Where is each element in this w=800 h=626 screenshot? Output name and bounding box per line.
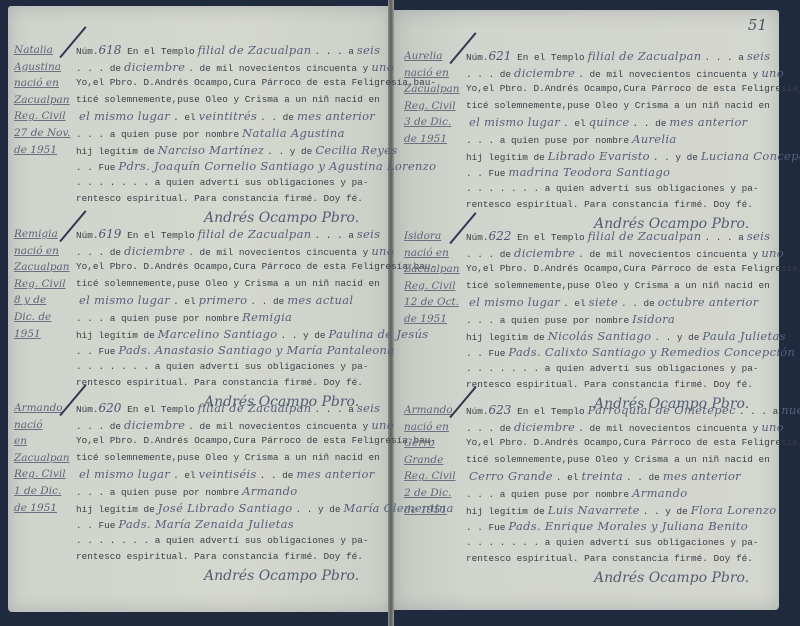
year-label: de mil novecientos cincuenta y: [200, 247, 369, 258]
a-label: a: [348, 230, 354, 241]
entry-line: rentesco espiritual. Para constancia fir…: [14, 549, 394, 566]
mother-value: Paula Julietas: [699, 329, 788, 343]
year-label: de mil novecientos cincuenta y: [200, 63, 369, 74]
day-value: seis: [354, 43, 384, 57]
closing-line: rentesco espiritual. Para constancia fir…: [76, 377, 363, 388]
baptism-entry: RemigiaNúm.619 En el Templofilial de Zac…: [14, 226, 394, 392]
el-label: el: [574, 298, 585, 309]
year-value: uno: [758, 246, 787, 260]
born-label: ticé solemnemente,puse Oleo y Crisma a u…: [76, 94, 380, 105]
entry-line: Zacualpanticé solemnemente,puse Oleo y C…: [14, 92, 394, 109]
name-label: a quien puse por nombre: [500, 489, 629, 500]
baptism-entry: NataliaNúm.618 En el Templofilial de Zac…: [14, 42, 394, 208]
parents-label: hij legítim de: [466, 332, 545, 343]
year-label: de mil novecientos cincuenta y: [590, 249, 759, 260]
margin-note: nació en: [14, 243, 72, 260]
entry-line: 3 de Dic.el mismo lugar. elquince. . dem…: [404, 114, 784, 131]
margin-note: 12 de Oct.: [404, 294, 462, 311]
closing-line: rentesco espiritual. Para constancia fir…: [76, 193, 363, 204]
priest-signature: Andrés Ocampo Pbro.: [204, 568, 359, 585]
month-value: diciembre: [511, 420, 578, 434]
month-value: diciembre: [121, 244, 188, 258]
child-name-value: Armando: [629, 486, 690, 500]
templo-value: filial de Zacualpan: [585, 229, 705, 243]
templo-value: filial de Zacualpan: [195, 401, 315, 415]
templo-label: En el Templo: [127, 46, 195, 57]
day-value: seis: [354, 227, 384, 241]
year-label: de mil novecientos cincuenta y: [200, 421, 369, 432]
entry-line: . . . . . . . a quien advertí sus obliga…: [404, 181, 784, 198]
entry-line: . . Fuemadrina Teodora Santiago: [404, 164, 784, 181]
entry-line: 27 de Nov.. . . a quien puse por nombreN…: [14, 125, 394, 142]
father-value: José Librado Santiago: [155, 501, 296, 515]
entry-line: 2 de Dic.. . . a quien puse por nombreAr…: [404, 485, 784, 502]
name-label: a quien puse por nombre: [500, 315, 629, 326]
year-label: de mil novecientos cincuenta y: [590, 423, 759, 434]
entry-line: hij legítim deLibrado Evaristo. . y deLu…: [404, 148, 784, 165]
margin-note: 8 y de: [14, 292, 72, 309]
num-label: Núm.: [76, 230, 99, 241]
born-label: ticé solemnemente,puse Oleo y Crisma a u…: [76, 278, 380, 289]
priest-signature: Andrés Ocampo Pbro.: [204, 210, 359, 227]
num-label: Núm.: [466, 52, 489, 63]
entry-line: Reg. CivilCerro Grande. eltreinta. . dem…: [404, 468, 784, 485]
margin-note: 27 de Nov.: [14, 125, 72, 142]
entry-line: . . . . . . . a quien advertí sus obliga…: [404, 361, 784, 378]
entry-line: . . . . . . . a quien advertí sus obliga…: [14, 533, 394, 550]
entry-number: 622: [489, 229, 512, 243]
margin-note: de 1951: [14, 500, 72, 517]
birthmonth-value: mes anterior: [660, 469, 744, 483]
godparents-value: Pads. Enrique Morales y Juliana Benito: [505, 519, 751, 533]
mother-value: Luciana Concepción: [698, 149, 800, 163]
year-value: uno: [368, 60, 397, 74]
father-value: Librado Evaristo: [545, 149, 653, 163]
margin-note: Reg. Civil: [404, 98, 462, 115]
templo-value: filial de Zacualpan: [195, 227, 315, 241]
a-label: a: [348, 46, 354, 57]
templo-label: En el Templo: [517, 232, 585, 243]
margin-note: nació en: [14, 75, 72, 92]
entry-line: nació enYo,el Pbro. D.Andrés Ocampo,Cura…: [14, 75, 394, 92]
birthmonth-value: octubre anterior: [655, 295, 762, 309]
priest-line: Yo,el Pbro. D.Andrés Ocampo,Cura Párroco…: [76, 77, 436, 88]
entry-line: 1 de Dic.. . . a quien puse por nombreAr…: [14, 483, 394, 500]
baptism-entry: ArmandoNúm.623 En el TemploParroquial de…: [404, 402, 784, 568]
year-value: uno: [368, 244, 397, 258]
entry-line: Dic. de. . . a quien puse por nombreRemi…: [14, 309, 394, 326]
margin-note: de 1951: [404, 131, 462, 148]
closing-line: rentesco espiritual. Para constancia fir…: [466, 553, 753, 564]
entry-line: . . FuePads. Enrique Morales y Juliana B…: [404, 518, 784, 535]
birthday-value: primero: [196, 293, 251, 307]
obligations-line: a quien advertí sus obligaciones y pa-: [545, 183, 759, 194]
entry-line: 1951hij legítim deMarcelino Santiago. . …: [14, 326, 394, 343]
margin-note: Reg. Civil: [14, 276, 72, 293]
margin-note: 1 de Dic.: [14, 483, 72, 500]
el-label: el: [184, 470, 195, 481]
mother-label: y de: [303, 330, 326, 341]
name-label: a quien puse por nombre: [110, 487, 239, 498]
entry-line: Grandeticé solemnemente,puse Oleo y Cris…: [404, 452, 784, 469]
a-label: a: [348, 404, 354, 415]
entry-line: Reg. Civilticé solemnemente,puse Oleo y …: [404, 278, 784, 295]
day-value: seis: [744, 229, 774, 243]
margin-note: Agustina: [14, 59, 72, 76]
entry-line: rentesco espiritual. Para constancia fir…: [404, 377, 784, 394]
godparents-value: Pdrs. Joaquín Cornelio Santiago y Agusti…: [115, 159, 439, 173]
entry-line: de 1951. . . a quien puse por nombreAure…: [404, 131, 784, 148]
entry-line: Zacualpanticé solemnemente,puse Oleo y C…: [14, 450, 394, 467]
year-label: de mil novecientos cincuenta y: [590, 69, 759, 80]
child-name-value: Natalia Agustina: [239, 126, 348, 140]
birthmonth-value: mes anterior: [666, 115, 750, 129]
parents-label: hij legítim de: [76, 504, 155, 515]
entry-line: ZacualpanYo,el Pbro. D.Andrés Ocampo,Cur…: [404, 81, 784, 98]
baptism-entry: ArmandoNúm.620 En el Templofilial de Zac…: [14, 400, 394, 566]
de-label: de: [655, 118, 666, 129]
de-label: de: [110, 421, 121, 432]
margin-note: nació en: [404, 419, 462, 436]
de-label: de: [500, 249, 511, 260]
day-value: seis: [354, 401, 384, 415]
entry-line: ZacualpanYo,el Pbro. D.Andrés Ocampo,Cur…: [14, 259, 394, 276]
priest-line: Yo,el Pbro. D.Andrés Ocampo,Cura Párroco…: [466, 83, 800, 94]
godparents-label: Fue: [99, 162, 116, 173]
margin-note: Dic. de: [14, 309, 72, 326]
de-label: de: [500, 69, 511, 80]
month-value: diciembre: [121, 418, 188, 432]
de-label: de: [273, 296, 284, 307]
birthplace-value: el mismo lugar: [76, 293, 173, 307]
obligations-line: a quien advertí sus obligaciones y pa-: [545, 363, 759, 374]
entry-line: nació en. . . dediciembre. de mil noveci…: [14, 243, 394, 260]
birthplace-value: el mismo lugar: [466, 295, 563, 309]
godparents-label: Fue: [489, 522, 506, 533]
entry-line: enYo,el Pbro. D.Andrés Ocampo,Cura Párro…: [14, 433, 394, 450]
name-label: a quien puse por nombre: [110, 313, 239, 324]
entry-line: . . . . . . . a quien advertí sus obliga…: [14, 175, 394, 192]
margin-note: Zacualpan: [404, 261, 462, 278]
parents-label: hij legítim de: [466, 506, 545, 517]
godparents-value: madrina Teodora Santiago: [505, 165, 673, 179]
entry-number: 621: [489, 49, 512, 63]
obligations-line: a quien advertí sus obligaciones y pa-: [545, 537, 759, 548]
godparents-value: Pads. Calixto Santiago y Remedios Concep…: [505, 345, 798, 359]
entry-line: rentesco espiritual. Para constancia fir…: [404, 551, 784, 568]
priest-line: Yo,el Pbro. D.Andrés Ocampo,Cura Párroco…: [76, 261, 436, 272]
priest-line: Yo,el Pbro. D.Andrés Ocampo,Cura Párroco…: [466, 437, 800, 448]
father-value: Narciso Martínez: [155, 143, 268, 157]
mother-value: Cecilia Reyes: [312, 143, 400, 157]
father-value: Marcelino Santiago: [155, 327, 281, 341]
entry-line: Agustina. . . dediciembre. de mil noveci…: [14, 59, 394, 76]
baptism-entry: AureliaNúm.621 En el Templofilial de Zac…: [404, 48, 784, 214]
entry-line: de 1951hij legítim deLuis Navarrete. . y…: [404, 502, 784, 519]
margin-note: Reg. Civil: [404, 278, 462, 295]
birthmonth-value: mes anterior: [294, 109, 378, 123]
margin-note: nació en: [404, 65, 462, 82]
birthday-value: siete: [586, 295, 621, 309]
folio-number: 51: [748, 16, 767, 34]
de-label: de: [110, 247, 121, 258]
templo-label: En el Templo: [127, 230, 195, 241]
entry-line: de 1951hij legítim deJosé Librado Santia…: [14, 500, 394, 517]
margin-note: nació: [14, 417, 72, 434]
margin-note: Zacualpan: [404, 81, 462, 98]
parents-label: hij legítim de: [76, 330, 155, 341]
entry-line: Reg. Civilel mismo lugar. elveintiséis. …: [14, 466, 394, 483]
birthplace-value: el mismo lugar: [76, 109, 173, 123]
godparents-value: Pads. María Zenaida Julietas: [115, 517, 297, 531]
entry-number: 620: [99, 401, 122, 415]
entry-line: . . . . . . . a quien advertí sus obliga…: [14, 359, 394, 376]
obligations-line: a quien advertí sus obligaciones y pa-: [155, 177, 369, 188]
parents-label: hij legítim de: [76, 146, 155, 157]
mother-label: y de: [318, 504, 341, 515]
num-label: Núm.: [76, 46, 99, 57]
entry-line: ZacualpanYo,el Pbro. D.Andrés Ocampo,Cur…: [404, 261, 784, 278]
obligations-line: a quien advertí sus obligaciones y pa-: [155, 535, 369, 546]
baptism-entry: IsidoraNúm.622 En el Templofilial de Zac…: [404, 228, 784, 394]
entry-line: . . . . . . . a quien advertí sus obliga…: [404, 535, 784, 552]
margin-note: 1951: [14, 326, 72, 343]
godparents-label: Fue: [489, 168, 506, 179]
entry-number: 618: [99, 43, 122, 57]
name-label: a quien puse por nombre: [500, 135, 629, 146]
father-value: Nicolás Santiago: [545, 329, 655, 343]
entry-line: nació en. . . dediciembre. de mil noveci…: [404, 419, 784, 436]
num-label: Núm.: [466, 232, 489, 243]
entry-line: 8 y deel mismo lugar. elprimero. . demes…: [14, 292, 394, 309]
priest-signature: Andrés Ocampo Pbro.: [594, 570, 749, 587]
a-label: a: [738, 52, 744, 63]
day-value: seis: [744, 49, 774, 63]
entry-line: nació. . . dediciembre. de mil novecient…: [14, 417, 394, 434]
entry-line: . . FuePads. María Zenaida Julietas: [14, 516, 394, 533]
birthday-value: treinta: [578, 469, 626, 483]
year-value: uno: [758, 66, 787, 80]
entry-line: . . FuePads. Anastasio Santiago y María …: [14, 342, 394, 359]
closing-line: rentesco espiritual. Para constancia fir…: [466, 379, 753, 390]
month-value: diciembre: [121, 60, 188, 74]
el-label: el: [184, 112, 195, 123]
godparents-label: Fue: [489, 348, 506, 359]
margin-note: Zacualpan: [14, 92, 72, 109]
mother-label: y de: [665, 506, 688, 517]
entry-line: rentesco espiritual. Para constancia fir…: [14, 191, 394, 208]
godparents-value: Pads. Anastasio Santiago y María Pantale…: [115, 343, 397, 357]
entry-line: Reg. Civilticé solemnemente,puse Oleo y …: [404, 98, 784, 115]
child-name-value: Aurelia: [629, 132, 679, 146]
godparents-label: Fue: [99, 346, 116, 357]
birthplace-value: el mismo lugar: [76, 467, 173, 481]
a-label: a: [738, 232, 744, 243]
margin-note: Reg. Civil: [404, 468, 462, 485]
templo-value: Parroquial de Ometepec: [585, 403, 739, 417]
month-value: diciembre: [511, 66, 578, 80]
godparents-label: Fue: [99, 520, 116, 531]
mother-label: y de: [675, 152, 698, 163]
parents-label: hij legítim de: [466, 152, 545, 163]
year-value: uno: [368, 418, 397, 432]
de-label: de: [110, 63, 121, 74]
num-label: Núm.: [76, 404, 99, 415]
closing-line: rentesco espiritual. Para constancia fir…: [76, 551, 363, 562]
margin-note: Zacualpan: [14, 450, 72, 467]
el-label: el: [184, 296, 195, 307]
templo-label: En el Templo: [517, 406, 585, 417]
child-name-value: Isidora: [629, 312, 678, 326]
de-label: de: [649, 472, 660, 483]
de-label: de: [643, 298, 654, 309]
entry-line: rentesco espiritual. Para constancia fir…: [404, 197, 784, 214]
templo-value: filial de Zacualpan: [585, 49, 705, 63]
entry-line: CerroYo,el Pbro. D.Andrés Ocampo,Cura Pá…: [404, 435, 784, 452]
entry-line: rentesco espiritual. Para constancia fir…: [14, 375, 394, 392]
entry-line: nació en. . . dediciembre. de mil noveci…: [404, 65, 784, 82]
entry-line: hij legítim deNicolás Santiago. . y dePa…: [404, 328, 784, 345]
born-label: ticé solemnemente,puse Oleo y Crisma a u…: [466, 280, 770, 291]
entry-line: de 1951. . . a quien puse por nombreIsid…: [404, 311, 784, 328]
entry-line: . . FuePads. Calixto Santiago y Remedios…: [404, 344, 784, 361]
child-name-value: Remigia: [239, 310, 295, 324]
margin-note: Cerro: [404, 435, 462, 452]
born-label: ticé solemnemente,puse Oleo y Crisma a u…: [466, 100, 770, 111]
child-name-value: Armando: [239, 484, 300, 498]
entry-line: Reg. Civilticé solemnemente,puse Oleo y …: [14, 276, 394, 293]
entry-line: nació en. . . dediciembre. de mil noveci…: [404, 245, 784, 262]
priest-line: Yo,el Pbro. D.Andrés Ocampo,Cura Párroco…: [466, 263, 800, 274]
closing-line: rentesco espiritual. Para constancia fir…: [466, 199, 753, 210]
margin-note: Reg. Civil: [14, 466, 72, 483]
name-label: a quien puse por nombre: [110, 129, 239, 140]
margin-note: 2 de Dic.: [404, 485, 462, 502]
templo-value: filial de Zacualpan: [195, 43, 315, 57]
margin-note: nació en: [404, 245, 462, 262]
birthmonth-value: mes anterior: [293, 467, 377, 481]
el-label: el: [574, 118, 585, 129]
priest-line: Yo,el Pbro. D.Andrés Ocampo,Cura Párroco…: [76, 435, 436, 446]
mother-label: y de: [677, 332, 700, 343]
margin-note: Grande: [404, 452, 462, 469]
mother-label: y de: [290, 146, 313, 157]
born-label: ticé solemnemente,puse Oleo y Crisma a u…: [466, 454, 770, 465]
num-label: Núm.: [466, 406, 489, 417]
birthday-value: veintiséis: [196, 467, 260, 481]
birthday-value: veintitrés: [196, 109, 261, 123]
entry-line: . . FuePdrs. Joaquín Cornelio Santiago y…: [14, 158, 394, 175]
margin-note: de 1951: [404, 311, 462, 328]
month-value: diciembre: [511, 246, 578, 260]
obligations-line: a quien advertí sus obligaciones y pa-: [155, 361, 369, 372]
father-value: Luis Navarrete: [545, 503, 643, 517]
birthmonth-value: mes actual: [284, 293, 356, 307]
birthplace-value: Cerro Grande: [466, 469, 556, 483]
margin-note: de 1951: [404, 502, 462, 519]
el-label: el: [567, 472, 578, 483]
birthday-value: quince: [586, 115, 633, 129]
entry-line: de 1951hij legítim deNarciso Martínez. .…: [14, 142, 394, 159]
de-label: de: [283, 112, 294, 123]
templo-label: En el Templo: [517, 52, 585, 63]
birthplace-value: el mismo lugar: [466, 115, 563, 129]
margin-note: de 1951: [14, 142, 72, 159]
born-label: ticé solemnemente,puse Oleo y Crisma a u…: [76, 452, 380, 463]
de-label: de: [500, 423, 511, 434]
entry-number: 619: [99, 227, 122, 241]
margin-note: Reg. Civil: [14, 108, 72, 125]
margin-note: Zacualpan: [14, 259, 72, 276]
entry-line: 12 de Oct.el mismo lugar. elsiete. . deo…: [404, 294, 784, 311]
year-value: uno: [758, 420, 787, 434]
margin-note: en: [14, 433, 72, 450]
mother-value: Flora Lorenzo: [688, 503, 780, 517]
templo-label: En el Templo: [127, 404, 195, 415]
de-label: de: [282, 470, 293, 481]
margin-note: 3 de Dic.: [404, 114, 462, 131]
day-value: nueve: [778, 403, 800, 417]
entry-line: Reg. Civilel mismo lugar. elveintitrés. …: [14, 108, 394, 125]
entry-number: 623: [489, 403, 512, 417]
